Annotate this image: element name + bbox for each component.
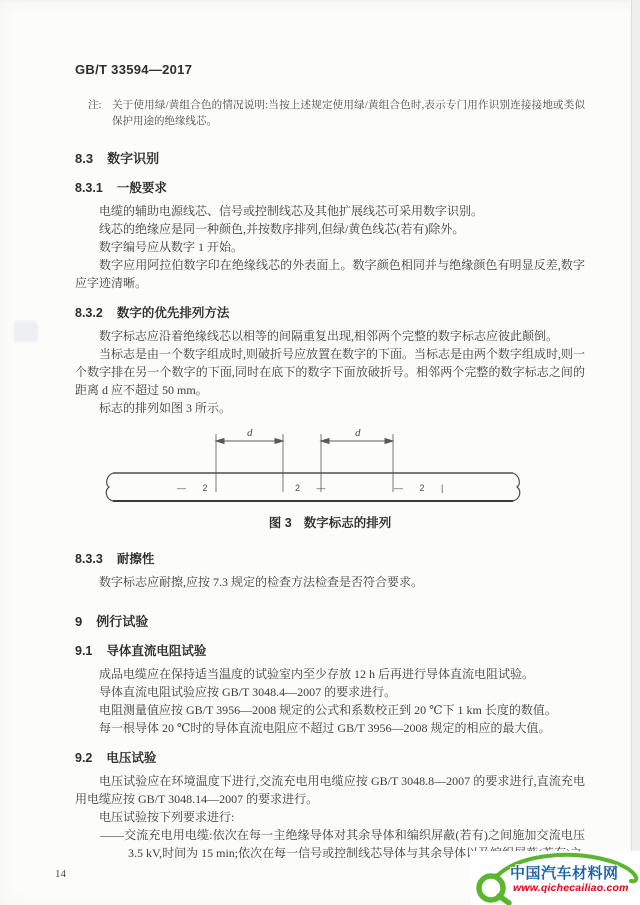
paragraph: 线芯的绝缘应是同一种颜色,并按数序排列,但绿/黄色线芯(若有)除外。 [75,220,585,238]
figure-3: d d — 2 2 — — 2 | 图 3数字标志的排列 [75,425,585,531]
heading-8-3-2: 8.3.2数字的优先排列方法 [75,303,585,321]
figure-caption-text: 数字标志的排列 [304,516,392,530]
heading-title: 例行试验 [96,614,148,629]
heading-title: 电压试验 [106,751,156,765]
figure-caption-number: 图 3 [269,516,292,530]
heading-9: 9例行试验 [75,611,585,630]
heading-9-2: 9.2电压试验 [75,748,585,766]
heading-title: 导体直流电阻试验 [106,644,206,658]
heading-title: 耐擦性 [117,552,155,566]
heading-number: 9.2 [75,751,92,765]
paragraph: 数字应用阿拉伯数字印在绝缘线芯的外表面上。数字颜色相同并与绝缘颜色有明显反差,数… [75,256,585,292]
standard-number-header: GB/T 33594—2017 [75,62,585,77]
heading-number: 8.3.2 [75,306,103,320]
heading-number: 8.3 [75,151,93,166]
scanned-document-page: GB/T 33594—2017 注: 关于使用绿/黄组合色的情况说明:当按上述规… [0,0,640,905]
dimension-label-d: d [355,427,361,439]
watermark-logo: 中国汽车材料网 www.qichecailiao.com [470,851,640,905]
section-8-3-1-body: 电缆的辅助电源线芯、信号或控制线芯及其他扩展线芯可采用数字识别。 线芯的绝缘应是… [75,202,585,292]
paragraph: 标志的排列如图 3 所示。 [75,399,585,417]
note-paragraph: 注: 关于使用绿/黄组合色的情况说明:当按上述规定使用绿/黄组合色时,表示专门用… [75,98,585,130]
dimension-label-d: d [247,427,253,439]
paragraph: 成品电缆应在保持适当温度的试验室内至少存放 12 h 后再进行导体直流电阻试验。 [75,665,585,683]
heading-title: 一般要求 [117,181,167,195]
heading-number: 9.1 [75,644,92,658]
note-text: 关于使用绿/黄组合色的情况说明:当按上述规定使用绿/黄组合色时,表示专门用作识别… [112,100,585,127]
paragraph: 电缆的辅助电源线芯、信号或控制线芯及其他扩展线芯可采用数字识别。 [75,202,585,220]
paragraph: 电压试验按下列要求进行: [75,808,585,826]
paragraph: 数字编号应从数字 1 开始。 [75,238,585,256]
cable-number-mark: — 2 | [394,483,450,493]
section-8-3-2-body: 数字标志应沿着绝缘线芯以相等的间隔重复出现,相邻两个完整的数字标志应彼此颠倒。 … [75,327,585,417]
figure-caption: 图 3数字标志的排列 [75,513,585,531]
heading-8-3-1: 8.3.1一般要求 [75,178,585,196]
cable-marking-diagram: d d — 2 2 — — 2 | [93,425,533,505]
heading-title: 数字识别 [107,151,159,166]
heading-number: 9 [75,614,82,629]
cable-number-mark: — 2 [177,483,215,493]
section-8-3-3-body: 数字标志应耐擦,应按 7.3 规定的检查方法检查是否符合要求。 [75,573,585,591]
logo-brand-text: 中国汽车材料网 [510,862,636,883]
heading-9-1: 9.1导体直流电阻试验 [75,641,585,659]
paragraph: 电阻测量值应按 GB/T 3956—2008 规定的公式和系数校正到 20 ℃下… [75,701,585,719]
paragraph: 电压试验应在环境温度下进行,交流充电用电缆应按 GB/T 3048.8—2007… [75,772,585,808]
paragraph: 导体直流电阻试验应按 GB/T 3048.4—2007 的要求进行。 [75,683,585,701]
heading-title: 数字的优先排列方法 [117,306,230,320]
logo-url-text: www.qichecailiao.com [513,882,629,894]
section-9-2-body: 电压试验应在环境温度下进行,交流充电用电缆应按 GB/T 3048.8—2007… [75,772,585,862]
heading-number: 8.3.3 [75,552,103,566]
paragraph: 数字标志应沿着绝缘线芯以相等的间隔重复出现,相邻两个完整的数字标志应彼此颠倒。 [75,327,585,345]
paragraph: 当标志是由一个数字组成时,则破折号应放置在数字的下面。当标志是由两个数字组成时,… [75,345,585,399]
note-label: 注: [88,98,101,114]
document-content: GB/T 33594—2017 注: 关于使用绿/黄组合色的情况说明:当按上述规… [0,0,640,880]
section-9-1-body: 成品电缆应在保持适当温度的试验室内至少存放 12 h 后再进行导体直流电阻试验。… [75,665,585,737]
paragraph: 每一根导体 20 ℃时的导体直流电阻应不超过 GB/T 3956—2008 规定… [75,719,585,737]
paragraph: 数字标志应耐擦,应按 7.3 规定的检查方法检查是否符合要求。 [75,573,585,591]
heading-8-3-3: 8.3.3耐擦性 [75,549,585,567]
cable-number-mark: 2 — [295,483,333,493]
heading-8-3: 8.3数字识别 [75,148,585,167]
heading-number: 8.3.1 [75,181,103,195]
